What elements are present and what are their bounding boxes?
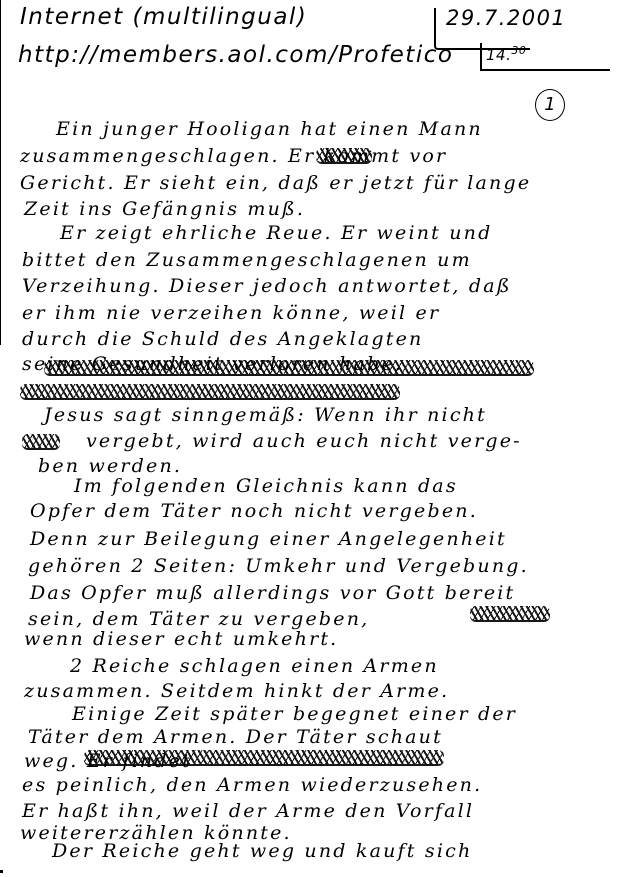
text-line: 2 Reiche schlagen einen Armen: [70, 655, 439, 677]
text-line: Im folgenden Gleichnis kann das: [74, 475, 458, 497]
text-line: Einige Zeit später begegnet einer der: [72, 703, 517, 725]
source-label: Internet (multilingual): [20, 4, 307, 30]
crossed-out-line: [44, 360, 534, 376]
page-edge: [0, 0, 1, 345]
text-line: Verzeihung. Dieser jedoch antwortet, daß: [22, 275, 512, 297]
text-line: er ihm nie verzeihen könne, weil er: [22, 302, 440, 324]
strikethrough-scribble: [22, 434, 60, 450]
crossed-out-line: [20, 384, 400, 400]
text-line: gehören 2 Seiten: Umkehr und Vergebung.: [28, 555, 529, 577]
time: 14.30: [486, 44, 526, 64]
text-line: bittet den Zusammengeschlagenen um: [22, 249, 472, 271]
date: 29.7.2001: [446, 6, 566, 30]
text-line: vergebt, wird auch euch nicht verge-: [86, 430, 522, 452]
strikethrough-scribble: [316, 148, 372, 164]
text-line: Er haßt ihn, weil der Arme den Vorfall: [22, 800, 474, 822]
strikethrough-scribble: [470, 606, 550, 622]
text-line: zusammengeschlagen. Er kommt vor: [20, 145, 447, 167]
time-minutes: 30: [511, 44, 526, 57]
text-line: Jesus sagt sinngemäß: Wenn ihr nicht: [44, 404, 487, 426]
text-line: Der Reiche geht weg und kauft sich: [52, 840, 472, 862]
scan-speck: [0, 870, 3, 873]
text-line: durch die Schuld des Angeklagten: [22, 328, 424, 350]
text-line: Zeit ins Gefängnis muß.: [24, 198, 305, 220]
source-url: http://members.aol.com/Profetico: [18, 42, 453, 68]
crossed-out-line: [84, 750, 444, 766]
text-line: zusammen. Seitdem hinkt der Arme.: [24, 680, 449, 702]
text-line: Gericht. Er sieht ein, daß er jetzt für …: [20, 172, 531, 194]
text-line: Denn zur Beilegung einer Angelegenheit: [30, 528, 507, 550]
page-number: 1: [535, 89, 565, 121]
text-line: Opfer dem Täter noch nicht vergeben.: [30, 500, 478, 522]
text-line: Das Opfer muß allerdings vor Gott bereit: [30, 582, 515, 604]
time-hours: 14.: [486, 46, 511, 64]
text-line: Er zeigt ehrliche Reue. Er weint und: [60, 222, 492, 244]
text-line: Ein junger Hooligan hat einen Mann: [56, 118, 483, 140]
text-line: wenn dieser echt umkehrt.: [24, 628, 338, 650]
text-line: es peinlich, den Armen wiederzusehen.: [22, 774, 482, 796]
text-line: sein, dem Täter zu vergeben,: [28, 608, 369, 630]
text-line: ben werden.: [38, 455, 182, 477]
text-line: Täter dem Armen. Der Täter schaut: [28, 726, 443, 748]
